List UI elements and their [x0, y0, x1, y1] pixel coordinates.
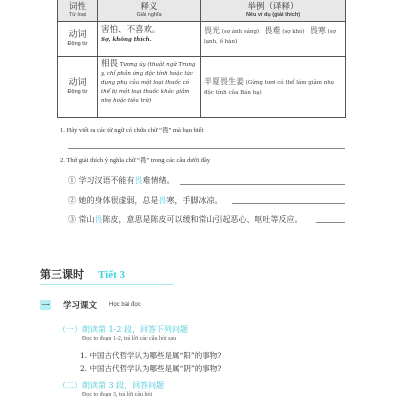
answer-line-1[interactable]	[68, 148, 345, 149]
table-header-row: 词性Từ loại 释义Giải nghĩa 举例（译释）Nêu ví dụ (…	[58, 0, 346, 22]
cell-meaning: 相畏 Tương úy (thuật ngữ Trung y, chỉ phản…	[98, 57, 201, 118]
part-1-item-2: 2. 中国古代哲学认为哪些是属“阴”的事物?	[80, 363, 221, 374]
header-pos: 词性Từ loại	[58, 0, 98, 22]
part-2-subtitle: Đọc to đoạn 3, trả lời câu hỏi	[82, 392, 152, 398]
cell-meaning: 害怕、不喜欢。Sợ, không thích.	[98, 22, 201, 57]
sentence-1: ① 学习汉语不能有畏难情绪。	[68, 175, 175, 186]
header-meaning: 释义Giải nghĩa	[98, 0, 201, 22]
cell-example: 畏光 (sợ ánh sáng) 畏难 (sợ khó) 畏寒 (sợ lạnh…	[201, 22, 346, 57]
lesson-title-underline	[40, 284, 173, 285]
answer-line-s2[interactable]	[232, 203, 345, 204]
part-1-item-1: 1. 中国古代哲学认为哪些是属“阳”的事物?	[80, 350, 221, 361]
part-1-subtitle: Đọc to đoạn 1-2, trả lời các câu hỏi sau	[82, 336, 176, 342]
sentence-3: ③ 常山畏陈皮，意思是陈皮可以缓和常山引起恶心、呕吐等反应。	[68, 214, 303, 225]
part-2-title: （二）朗读第 3 段，回答问题	[58, 380, 164, 391]
cell-pos: 动词Động từ	[58, 22, 98, 57]
cell-pos: 动词Động từ	[58, 57, 98, 118]
section-number-badge: 一	[40, 300, 51, 310]
header-example: 举例（译释）Nêu ví dụ (giải thích)	[201, 0, 346, 22]
question-2: 2. Thử giải thích ý nghĩa chữ “畏” trong …	[60, 155, 210, 164]
table-row: 动词Động từ 相畏 Tương úy (thuật ngữ Trung y…	[58, 57, 346, 118]
question-1: 1. Hãy viết ra các từ ngữ có chứa chữ “畏…	[60, 125, 203, 134]
cell-example: 半夏畏生姜 (Gừng tươi có thể làm giảm nhẹ độc…	[201, 57, 346, 118]
section-header: 一 学习课文 Học bài đọc	[40, 299, 141, 311]
answer-line-s1[interactable]	[180, 184, 345, 185]
lesson-title: 第三课时 Tiết 3	[40, 266, 125, 282]
table-row: 动词Động từ 害怕、不喜欢。Sợ, không thích. 畏光 (sợ…	[58, 22, 346, 57]
vocabulary-table: 词性Từ loại 释义Giải nghĩa 举例（译释）Nêu ví dụ (…	[57, 0, 346, 118]
answer-line-s3[interactable]	[316, 222, 345, 223]
part-1-title: （一）朗读第 1-2 段，回答下列问题	[58, 324, 188, 335]
sentence-2: ② 她的身体很虚弱，总是畏寒，手脚冰凉。	[68, 195, 223, 206]
